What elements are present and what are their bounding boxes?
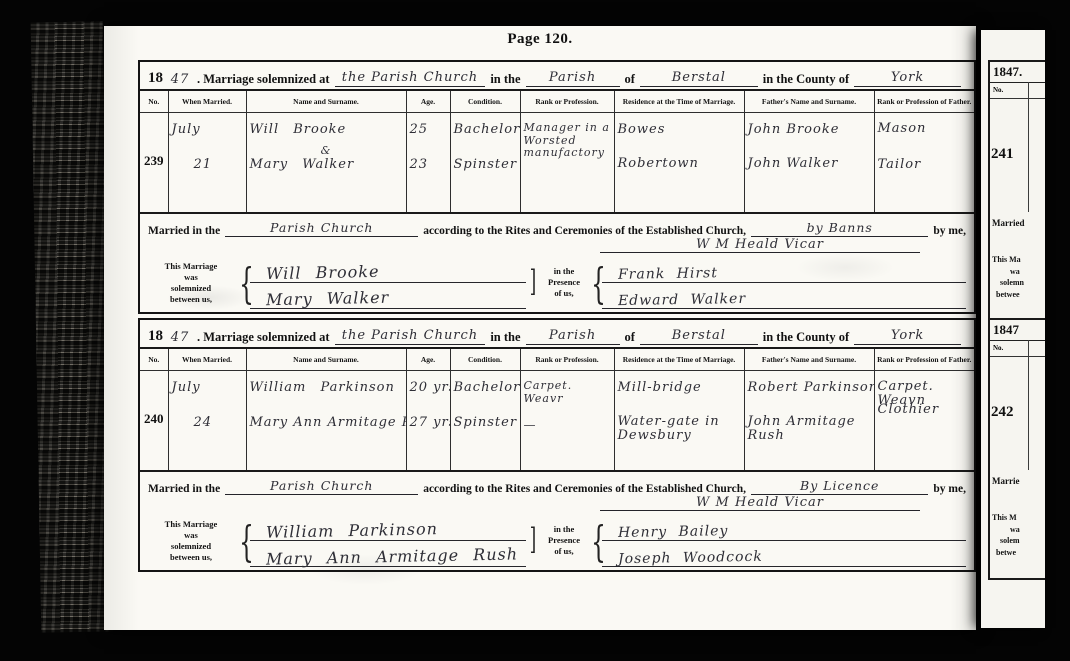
by-me-label: by me,: [933, 225, 966, 237]
father-name-cell: John Brooke John Walker: [744, 113, 874, 213]
officiant-signature: W M Heald Vicar: [600, 237, 920, 253]
officiant-signature: W M Heald Vicar: [600, 495, 920, 511]
groom-signature: William Parkinson: [266, 519, 438, 542]
col-father-name: Father's Name and Surname.: [744, 349, 874, 371]
this-marriage-label: This M wa solem betwe: [992, 512, 1020, 558]
residence-cell: Mill-bridge Water-gate in Dewsbury: [614, 371, 744, 471]
groom-signature: Will Brooke: [266, 261, 380, 282]
bride-father: John Walker: [748, 157, 871, 179]
brace-open-icon: {: [591, 515, 599, 567]
father-rank-cell: Carpet. Weavn Clothier: [874, 371, 974, 471]
parish-name-handwritten: Berstal: [640, 328, 758, 345]
profession-cell: Carpet. Weavr —: [520, 371, 614, 471]
names-cell: Will Brooke & Mary Walker: [246, 113, 406, 213]
married-in-label: Marrie: [992, 476, 1019, 486]
signatures-section: This Marriage was solemnized between us,…: [140, 256, 974, 312]
this-marriage-label: This Marriage was solemnized between us,: [146, 257, 236, 309]
church-handwritten: the Parish Church: [335, 70, 486, 87]
entry-number: 242: [991, 404, 1014, 421]
father-name-cell: Robert Parkinson John Armitage Rush: [744, 371, 874, 471]
bride-father-profession: Clothier: [878, 402, 972, 424]
bride-father: John Armitage Rush: [748, 415, 871, 437]
bride-name: Mary Ann Armitage Rush: [250, 415, 403, 437]
bride-profession: —: [524, 418, 611, 440]
join-mark: &: [250, 144, 403, 157]
age-cell: 25 23: [406, 113, 450, 213]
col-condition: Condition.: [450, 91, 520, 113]
marriage-day: 21: [194, 157, 243, 179]
witness-2-signature: Edward Walker: [618, 290, 746, 308]
married-in-label: Married in the: [148, 225, 220, 237]
names-cell: William Parkinson Mary Ann Armitage Rush: [246, 371, 406, 471]
entry-record-row: 239 July 21 Will Brooke & Mary Walker 25: [140, 113, 974, 213]
bride-profession: [524, 160, 611, 182]
entry-record-row: 240 July 24 William Parkinson Mary Ann A…: [140, 371, 974, 471]
entry-number-cell: 240: [140, 371, 168, 471]
witness-1-signature: Frank Hirst: [618, 265, 718, 283]
bride-signature: Mary Walker: [266, 287, 390, 309]
county-label: in the County of: [763, 330, 849, 345]
spouse-signatures: William Parkinson Mary Ann Armitage Rush: [250, 515, 526, 567]
county-handwritten: York: [854, 70, 961, 87]
groom-father: Robert Parkinson: [748, 380, 871, 402]
profession-cell: Manager in a Worsted manufactory: [520, 113, 614, 213]
parish-handwritten: Parish: [526, 328, 620, 345]
church-handwritten: the Parish Church: [335, 328, 486, 345]
witness-1-signature: Henry Bailey: [618, 523, 729, 541]
in-the-label: in the: [490, 330, 520, 345]
brace-open-icon: {: [239, 257, 247, 309]
married-in-label: Married in the: [148, 483, 220, 495]
year-printed: 1847: [990, 320, 1045, 341]
spouse-signatures: Will Brooke Mary Walker: [250, 257, 526, 309]
bracket-close-icon: ]: [529, 515, 537, 567]
col-when-married: When Married.: [168, 91, 246, 113]
col-name-surname: Name and Surname.: [246, 91, 406, 113]
groom-profession: Manager in a Worsted manufactory: [524, 122, 611, 160]
marriage-method-handwritten: by Banns: [751, 220, 928, 237]
entry-header-line: 18 47 . Marriage solemnized at the Paris…: [140, 62, 974, 91]
married-in-section: Married in the Parish Church according t…: [140, 214, 974, 256]
bride-age: 23: [410, 157, 447, 179]
col-rank-profession: Rank or Profession.: [520, 349, 614, 371]
groom-profession: Carpet. Weavr: [524, 380, 611, 405]
condition-cell: Bachelor Spinster: [450, 371, 520, 471]
marriage-entry-240: 18 47 . Marriage solemnized at the Paris…: [138, 318, 976, 572]
entry-number: 239: [143, 153, 165, 169]
col-no: No.: [990, 83, 1045, 99]
col-age: Age.: [406, 91, 450, 113]
marriage-entry-239: 18 47 . Marriage solemnized at the Paris…: [138, 60, 976, 314]
marriage-month: July: [172, 380, 243, 402]
marriage-day: 24: [194, 415, 243, 437]
col-name-surname: Name and Surname.: [246, 349, 406, 371]
parish-handwritten: Parish: [526, 70, 620, 87]
entry-header-line: 18 47 . Marriage solemnized at the Paris…: [140, 320, 974, 349]
column-header-row: No. When Married. Name and Surname. Age.…: [140, 349, 974, 371]
rites-label: according to the Rites and Ceremonies of…: [423, 225, 746, 237]
column-header-row: No. When Married. Name and Surname. Age.…: [140, 91, 974, 113]
groom-condition: Bachelor: [454, 380, 517, 402]
married-in-church-handwritten: Parish Church: [225, 220, 418, 237]
witness-signatures: Henry Bailey Joseph Woodcock: [602, 515, 966, 567]
col-no: No.: [140, 91, 168, 113]
col-residence: Residence at the Time of Marriage.: [614, 349, 744, 371]
signatures-section: This Marriage was solemnized between us,…: [140, 514, 974, 570]
bride-condition: Spinster: [454, 157, 517, 179]
register-table: No. When Married. Name and Surname. Age.…: [140, 91, 974, 214]
groom-residence: Mill-bridge: [618, 380, 741, 402]
presence-label: in the Presence of us,: [540, 257, 588, 309]
this-marriage-label: This Ma wa solemn betwee: [992, 254, 1024, 300]
register-scan: Page 120. 18 47 . Marriage solemnized at…: [0, 0, 1070, 661]
next-page-entry-241: 1847. No. 241 Married This Ma wa solemn …: [988, 60, 1045, 320]
entry-number: 241: [991, 146, 1014, 163]
page-number: Page 120.: [104, 31, 976, 48]
join-mark: [250, 402, 403, 415]
register-table: No. When Married. Name and Surname. Age.…: [140, 349, 974, 472]
marriage-method-handwritten: By Licence: [751, 478, 928, 495]
next-page-edge: 1847. No. 241 Married This Ma wa solemn …: [981, 30, 1045, 628]
col-father-rank: Rank or Profession of Father.: [874, 91, 974, 113]
brace-open-icon: {: [239, 515, 247, 567]
of-label: of: [625, 72, 635, 87]
bride-residence: Robertown: [618, 157, 741, 179]
year-handwritten: 47: [168, 330, 192, 345]
next-page-entry-242: 1847 No. 242 Marrie This M wa solem betw…: [988, 318, 1045, 580]
groom-age: 25: [410, 122, 447, 144]
book-page-edges: [31, 21, 114, 632]
groom-father-profession: Mason: [878, 122, 972, 144]
married-in-label: Married: [992, 218, 1024, 228]
col-when-married: When Married.: [168, 349, 246, 371]
groom-name: William Parkinson: [250, 380, 403, 402]
presence-label: in the Presence of us,: [540, 515, 588, 567]
groom-residence: Bowes: [618, 122, 741, 144]
col-age: Age.: [406, 349, 450, 371]
bride-residence: Water-gate in Dewsbury: [618, 415, 741, 437]
groom-age: 20 yrs: [410, 380, 447, 402]
solemnized-at-label: . Marriage solemnized at: [197, 330, 330, 345]
this-marriage-label: This Marriage was solemnized between us,: [146, 515, 236, 567]
groom-name: Will Brooke: [250, 122, 403, 144]
entry-number: 240: [143, 411, 165, 427]
col-no: No.: [990, 341, 1045, 357]
witness-2-signature: Joseph Woodcock: [618, 548, 763, 567]
bride-name: Mary Walker: [250, 157, 403, 179]
bride-age: 27 yrs.: [410, 415, 447, 437]
col-father-name: Father's Name and Surname.: [744, 91, 874, 113]
solemnized-at-label: . Marriage solemnized at: [197, 72, 330, 87]
bride-father-profession: Tailor: [878, 157, 972, 179]
when-married-cell: July 24: [168, 371, 246, 471]
in-the-label: in the: [490, 72, 520, 87]
marriage-month: July: [172, 122, 243, 144]
bride-condition: Spinster: [454, 415, 517, 437]
register-page: Page 120. 18 47 . Marriage solemnized at…: [104, 26, 976, 630]
brace-open-icon: {: [591, 257, 599, 309]
col-residence: Residence at the Time of Marriage.: [614, 91, 744, 113]
year-printed: 1847.: [990, 62, 1045, 83]
county-handwritten: York: [854, 328, 961, 345]
year-printed: 18: [148, 328, 163, 345]
county-label: in the County of: [763, 72, 849, 87]
rites-label: according to the Rites and Ceremonies of…: [423, 483, 746, 495]
col-condition: Condition.: [450, 349, 520, 371]
bracket-close-icon: ]: [529, 257, 537, 309]
by-me-label: by me,: [933, 483, 966, 495]
year-printed: 18: [148, 70, 163, 87]
groom-condition: Bachelor: [454, 122, 517, 144]
col-rank-profession: Rank or Profession.: [520, 91, 614, 113]
col-father-rank: Rank or Profession of Father.: [874, 349, 974, 371]
col-no: No.: [140, 349, 168, 371]
residence-cell: Bowes Robertown: [614, 113, 744, 213]
condition-cell: Bachelor Spinster: [450, 113, 520, 213]
of-label: of: [625, 330, 635, 345]
groom-father: John Brooke: [748, 122, 871, 144]
father-rank-cell: Mason Tailor: [874, 113, 974, 213]
groom-father-profession: Carpet. Weavn: [878, 380, 972, 402]
when-married-cell: July 21: [168, 113, 246, 213]
witness-signatures: Frank Hirst Edward Walker: [602, 257, 966, 309]
parish-name-handwritten: Berstal: [640, 70, 758, 87]
married-in-church-handwritten: Parish Church: [225, 478, 418, 495]
married-in-section: Married in the Parish Church according t…: [140, 472, 974, 514]
age-cell: 20 yrs 27 yrs.: [406, 371, 450, 471]
bride-signature: Mary Ann Armitage Rush: [266, 544, 518, 568]
year-handwritten: 47: [168, 72, 192, 87]
entry-number-cell: 239: [140, 113, 168, 213]
